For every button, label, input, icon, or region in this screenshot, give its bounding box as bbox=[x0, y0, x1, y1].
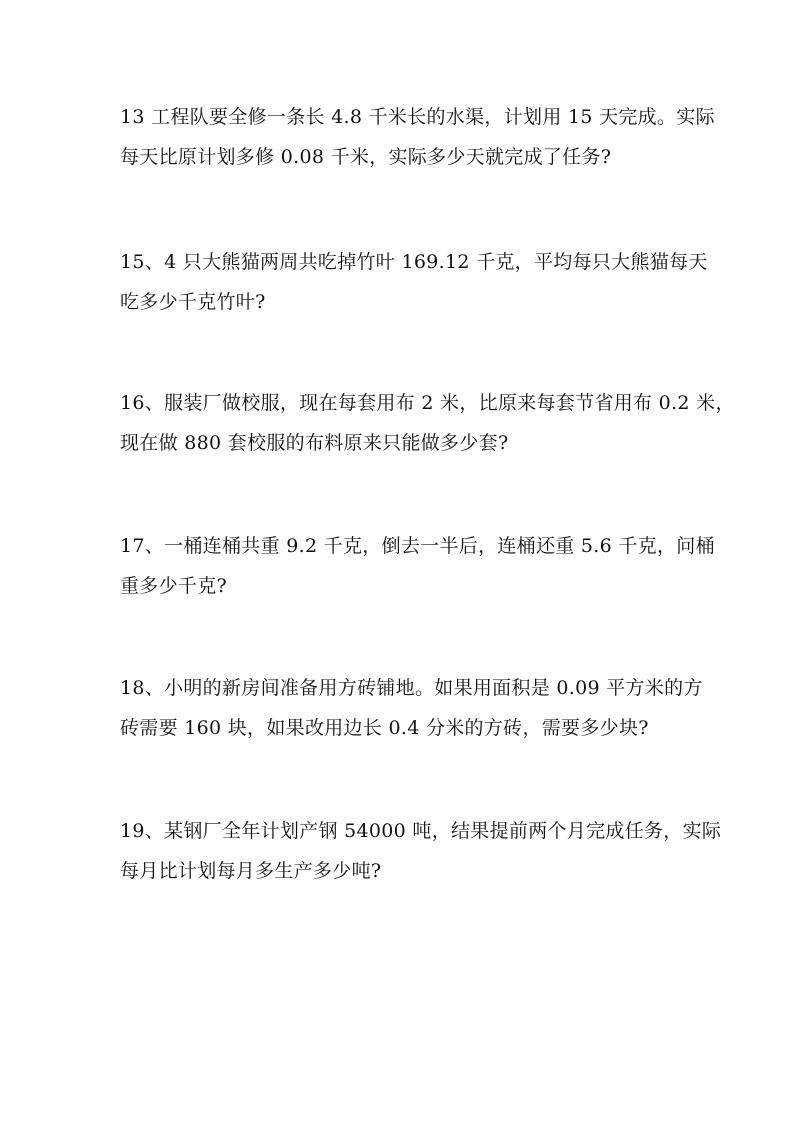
problem-13-line-2: 每天比原计划多修 0.08 千米，实际多少天就完成了任务? bbox=[120, 137, 676, 177]
problem-18-line-1: 18、小明的新房间准备用方砖铺地。如果用面积是 0.09 平方米的方 bbox=[120, 668, 676, 708]
problem-15-line-2: 吃多少千克竹叶? bbox=[120, 282, 676, 322]
problem-16-line-1: 16、服装厂做校服，现在每套用布 2 米，比原来每套节省用布 0.2 米， bbox=[120, 383, 676, 423]
document-page: 13 工程队要全修一条长 4.8 千米长的水渠，计划用 15 天完成。实际 每天… bbox=[0, 0, 793, 1122]
problem-17-line-1: 17、一桶连桶共重 9.2 千克，倒去一半后，连桶还重 5.6 千克，问桶 bbox=[120, 526, 676, 566]
problem-19: 19、某钢厂全年计划产钢 54000 吨，结果提前两个月完成任务，实际 每月比计… bbox=[120, 811, 676, 891]
problem-15: 15、4 只大熊猫两周共吃掉竹叶 169.12 千克，平均每只大熊猫每天 吃多少… bbox=[120, 242, 676, 322]
problem-18: 18、小明的新房间准备用方砖铺地。如果用面积是 0.09 平方米的方 砖需要 1… bbox=[120, 668, 676, 748]
problem-15-line-1: 15、4 只大熊猫两周共吃掉竹叶 169.12 千克，平均每只大熊猫每天 bbox=[120, 242, 676, 282]
problem-13: 13 工程队要全修一条长 4.8 千米长的水渠，计划用 15 天完成。实际 每天… bbox=[120, 97, 676, 177]
problem-19-line-1: 19、某钢厂全年计划产钢 54000 吨，结果提前两个月完成任务，实际 bbox=[120, 811, 676, 851]
problem-16-line-2: 现在做 880 套校服的布料原来只能做多少套? bbox=[120, 423, 676, 463]
problem-19-line-2: 每月比计划每月多生产多少吨? bbox=[120, 851, 676, 891]
problem-17-line-2: 重多少千克? bbox=[120, 566, 676, 606]
problem-13-line-1: 13 工程队要全修一条长 4.8 千米长的水渠，计划用 15 天完成。实际 bbox=[120, 97, 676, 137]
problem-16: 16、服装厂做校服，现在每套用布 2 米，比原来每套节省用布 0.2 米， 现在… bbox=[120, 383, 676, 463]
problem-17: 17、一桶连桶共重 9.2 千克，倒去一半后，连桶还重 5.6 千克，问桶 重多… bbox=[120, 526, 676, 606]
problem-18-line-2: 砖需要 160 块，如果改用边长 0.4 分米的方砖，需要多少块? bbox=[120, 708, 676, 748]
